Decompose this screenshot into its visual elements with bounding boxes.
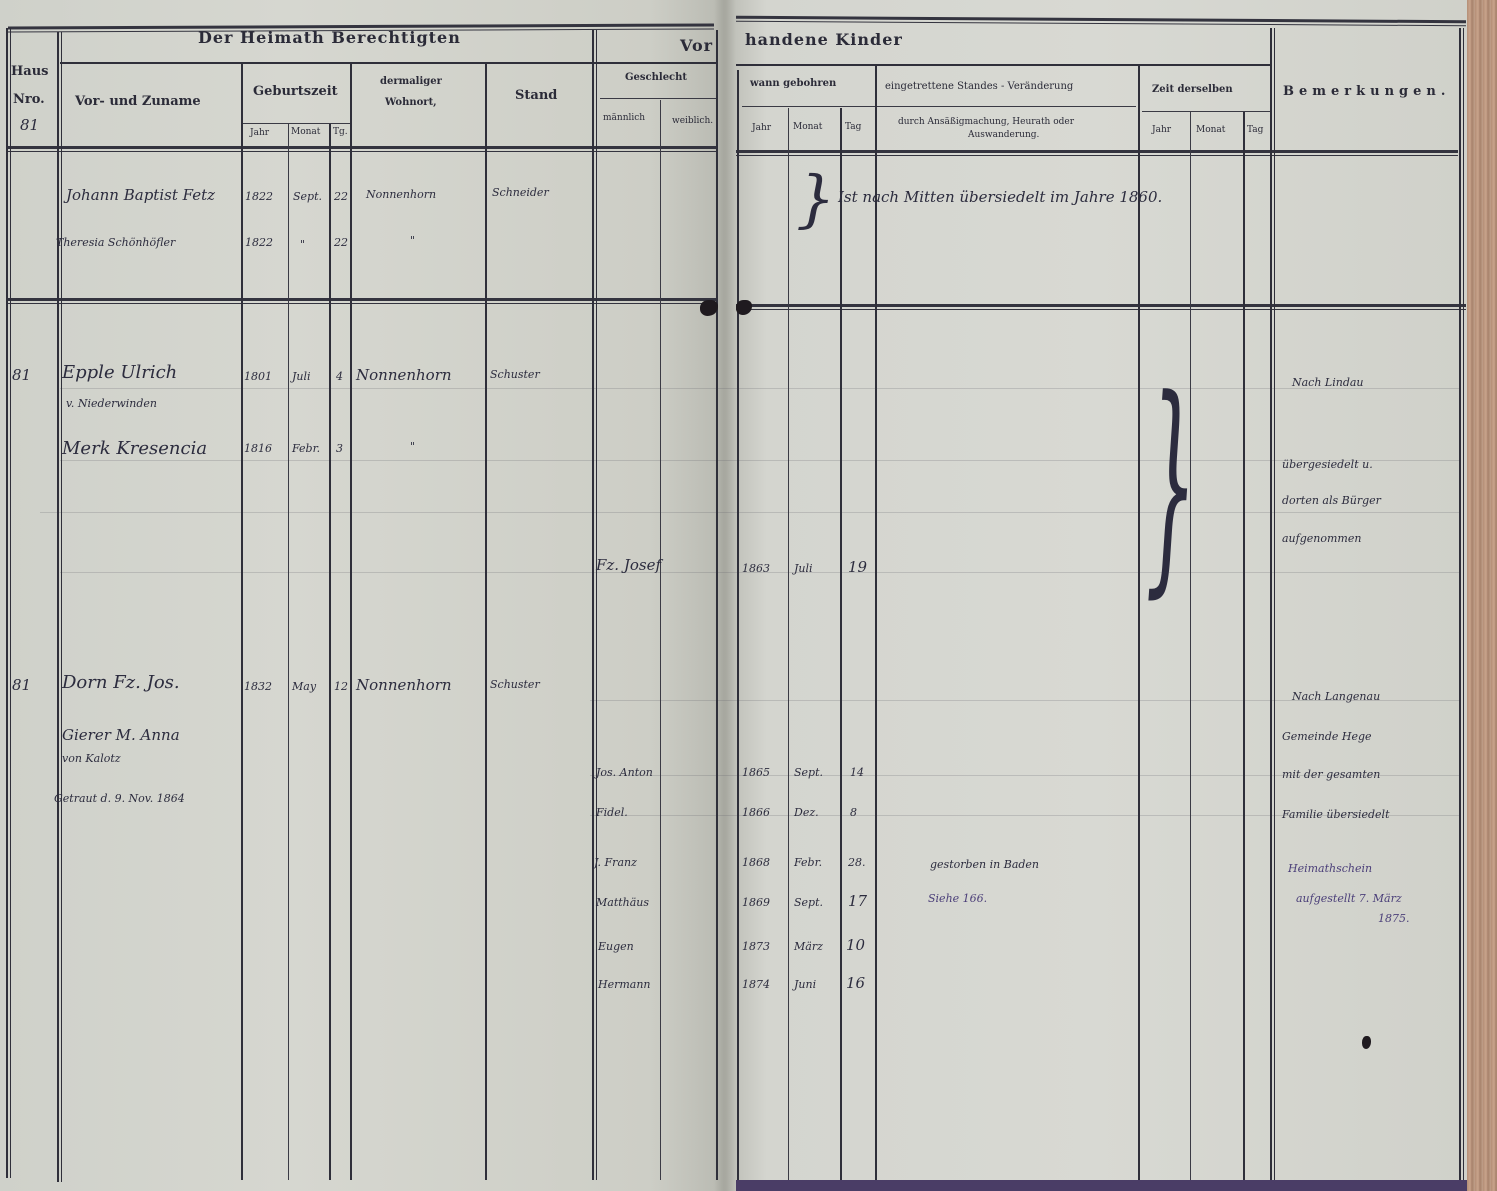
person-name: Dorn Fz. Jos. (62, 672, 180, 693)
ruled-line (60, 388, 1460, 389)
remark-line: Familie übersiedelt (1282, 808, 1390, 821)
person-name: Gierer M. Anna (62, 726, 180, 744)
child-birth-year: 1873 (742, 940, 770, 953)
birth-month: May (292, 680, 316, 693)
title-vorhandene-kinder: handene Kinder (745, 30, 903, 49)
col-header-kind-jahr: Jahr (752, 123, 771, 133)
child-birth-month: März (794, 940, 823, 953)
remark-line: Nach Langenau (1292, 690, 1380, 703)
child-name: Eugen (598, 940, 634, 953)
residence: Nonnenhorn (356, 366, 452, 384)
birth-month: Juli (292, 370, 311, 383)
child-birth-day: 19 (848, 558, 867, 576)
nro-label: Nro. (13, 92, 45, 107)
entry1-bottom-left (8, 298, 716, 304)
child-birth-day: 10 (846, 936, 865, 954)
residence: Nonnenhorn (356, 676, 452, 694)
col-header-standes-sub1: durch Ansäßigmachung, Heurath oder (898, 117, 1074, 127)
header-divider-left (60, 62, 716, 64)
occupation: Schuster (490, 368, 540, 381)
col-header-name: Vor- und Zuname (75, 94, 201, 109)
col-header-weiblich: weiblich. (672, 116, 713, 126)
child-birth-month: Sept. (794, 896, 823, 909)
birth-year: 1822 (245, 190, 273, 203)
col-header-standes-veraenderung: eingetrettene Standes - Veränderung (885, 81, 1073, 92)
child-birth-month: Febr. (794, 856, 822, 869)
residence: " (410, 440, 415, 453)
col-header-maennlich: männlich (603, 113, 645, 123)
child-status-reference: Siehe 166. (928, 892, 987, 905)
child-birth-year: 1874 (742, 978, 770, 991)
col-header-zeit-monat: Monat (1196, 125, 1225, 135)
col-rule (1138, 66, 1140, 1180)
birth-year: 1822 (245, 236, 273, 249)
child-birth-month: Sept. (794, 766, 823, 779)
child-birth-month: Juli (794, 562, 813, 575)
col-header-zeit-jahr: Jahr (1152, 125, 1171, 135)
child-birth-day: 8 (850, 806, 857, 819)
birth-day: 22 (334, 236, 348, 249)
entry1-bottom-right (736, 304, 1466, 310)
birth-day: 3 (336, 442, 343, 455)
residence: " (410, 234, 415, 247)
header-bottom-left (8, 146, 716, 152)
col-header-geb-monat: Monat (291, 127, 320, 137)
col-header-wohnort-1: dermaliger (380, 76, 442, 87)
standes-subrule (878, 106, 1136, 107)
child-name: Fidel. (596, 806, 628, 819)
remark-line: aufgestellt 7. März (1296, 892, 1402, 905)
col-rule (875, 66, 877, 1180)
col-rule (737, 70, 739, 1180)
haus-label: Haus (11, 64, 48, 79)
child-birth-year: 1868 (742, 856, 770, 869)
col-header-geburtszeit: Geburtszeit (253, 84, 338, 99)
house-number: 81 (12, 366, 31, 384)
col-header-kind-monat: Monat (793, 122, 822, 132)
remark-line: aufgenommen (1282, 532, 1361, 545)
col-header-zeit-tag: Tag (1247, 125, 1263, 135)
wann-gebohren-subrule (742, 106, 878, 107)
col-header-wann-gebohren: wann gebohren (750, 78, 836, 89)
col-rule (329, 124, 331, 1180)
col-header-stand: Stand (515, 88, 557, 103)
child-name: J. Franz (594, 856, 637, 869)
residence: Nonnenhorn (366, 188, 436, 201)
col-rule (788, 108, 789, 1180)
birth-year: 1801 (244, 370, 272, 383)
ruled-line (40, 512, 1460, 513)
col-header-bemerkungen: Bemerkungen. (1283, 84, 1450, 99)
col-rule (1243, 112, 1245, 1180)
occupation: Schuster (490, 678, 540, 691)
child-birth-day: 17 (848, 892, 867, 910)
col-rule (660, 100, 661, 1180)
col-header-standes-sub2: Auswanderung. (968, 130, 1039, 140)
col-rule (1270, 28, 1275, 1180)
remark-line: Heimathschein (1288, 862, 1372, 875)
col-header-geb-tag: Tg. (333, 127, 348, 137)
geschlecht-subrule (600, 98, 718, 99)
birth-month: Sept. (293, 190, 322, 203)
remark-line: Gemeinde Hege (1282, 730, 1372, 743)
child-name: Jos. Anton (596, 766, 653, 779)
birth-day: 22 (334, 190, 348, 203)
child-birth-day: 16 (846, 974, 865, 992)
col-header-kind-tag: Tag (845, 122, 861, 132)
col-rule (241, 64, 243, 1180)
col-rule (716, 30, 718, 1180)
haus-number-header: 81 (20, 116, 39, 134)
child-birth-year: 1863 (742, 562, 770, 575)
marriage-note: Getraut d. 9. Nov. 1864 (54, 792, 185, 805)
remark-line: dorten als Bürger (1282, 494, 1381, 507)
geburtszeit-subrule (242, 123, 350, 124)
child-birth-year: 1869 (742, 896, 770, 909)
book-cover-strip (736, 1180, 1467, 1191)
right-outer-border (1459, 28, 1464, 1180)
person-origin: von Kalotz (62, 752, 121, 765)
col-rule (485, 64, 487, 1180)
zeit-subrule (1142, 111, 1270, 112)
col-header-geschlecht: Geschlecht (625, 72, 687, 83)
title-heimath-berechtigten: Der Heimath Berechtigten (198, 28, 461, 47)
birth-month: " (300, 238, 305, 251)
col-rule (1190, 112, 1191, 1180)
book-page-edges (1467, 0, 1497, 1191)
birth-month: Febr. (292, 442, 320, 455)
status-change-note: Ist nach Mitten übersiedelt im Jahre 186… (838, 188, 1162, 206)
header-divider-right (736, 64, 1272, 66)
birth-year: 1832 (244, 680, 272, 693)
col-rule (592, 30, 597, 1180)
col-header-zeit-derselben: Zeit derselben (1152, 84, 1233, 95)
child-birth-year: 1866 (742, 806, 770, 819)
person-name: Theresia Schönhöfler (56, 236, 175, 249)
col-rule (840, 108, 842, 1180)
child-status-note: gestorben in Baden (930, 858, 1039, 871)
birth-day: 12 (334, 680, 348, 693)
brace-icon: } (1146, 370, 1197, 600)
child-birth-month: Juni (794, 978, 816, 991)
person-name: Merk Kresencia (62, 438, 207, 459)
remark-line: Nach Lindau (1292, 376, 1364, 389)
ledger-spread: Der Heimath Berechtigten Vor handene Kin… (0, 0, 1497, 1191)
child-name: Fz. Josef (596, 556, 661, 574)
child-birth-day: 28. (848, 856, 866, 869)
col-header-geb-jahr: Jahr (250, 128, 269, 138)
col-header-wohnort-2: Wohnort, (385, 97, 437, 108)
child-name: Hermann (598, 978, 651, 991)
title-vor: Vor (680, 36, 713, 55)
house-number: 81 (12, 676, 31, 694)
child-birth-day: 14 (850, 766, 864, 779)
occupation: Schneider (492, 186, 549, 199)
birth-year: 1816 (244, 442, 272, 455)
col-rule (288, 124, 289, 1180)
birth-day: 4 (336, 370, 343, 383)
left-page (0, 0, 722, 1191)
remark-line: übergesiedelt u. (1282, 458, 1373, 471)
brace-icon: } (796, 168, 835, 230)
remark-line: 1875. (1378, 912, 1410, 925)
remark-line: mit der gesamten (1282, 768, 1380, 781)
haus-col-rule (57, 32, 62, 1182)
person-name: Johann Baptist Fetz (66, 186, 215, 204)
left-outer-border (6, 28, 11, 1178)
header-bottom-right (736, 150, 1458, 156)
person-name: Epple Ulrich (62, 362, 177, 383)
child-birth-year: 1865 (742, 766, 770, 779)
ruled-line (60, 460, 1460, 461)
col-rule (350, 64, 352, 1180)
person-origin: v. Niederwinden (66, 397, 157, 410)
child-birth-month: Dez. (794, 806, 819, 819)
child-name: Matthäus (596, 896, 649, 909)
